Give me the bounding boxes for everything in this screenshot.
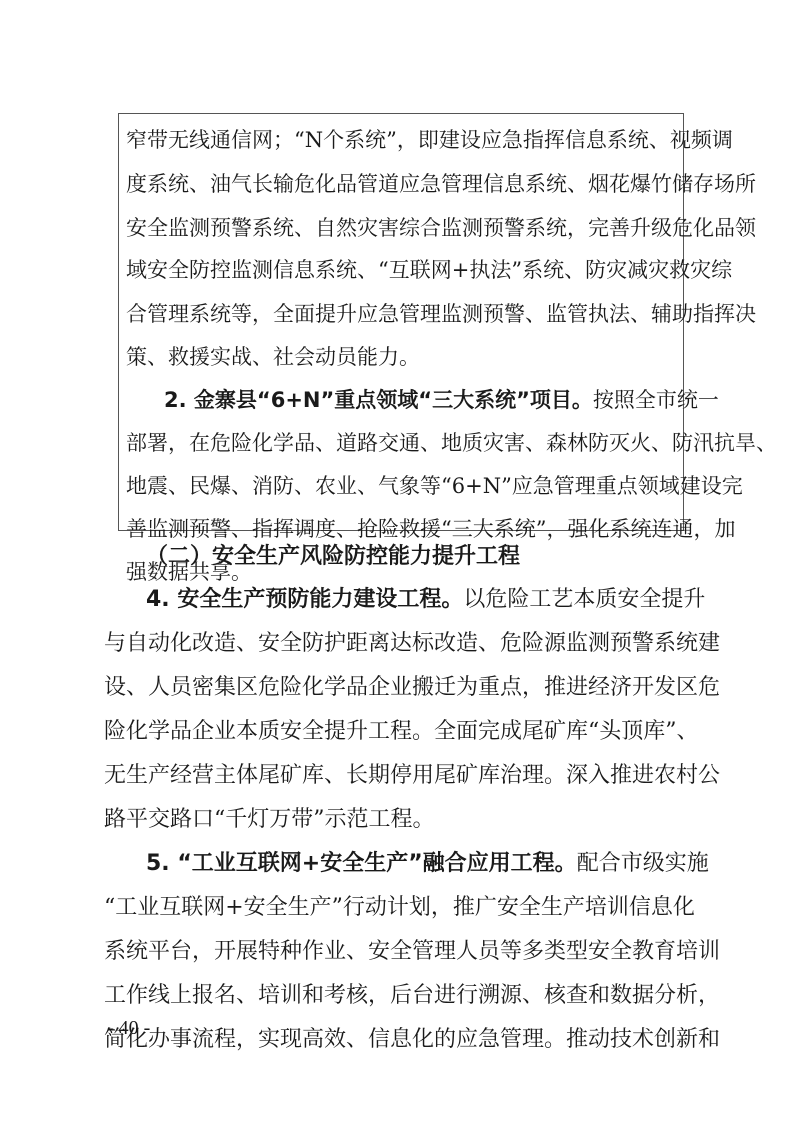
- item-5-title: 5. “工业互联网+安全生产”融合应用工程。: [146, 851, 577, 876]
- item-2-text: 按照全市统一: [593, 388, 719, 412]
- item-2-title: 2. 金寨县“6+N”重点领域“三大系统”项目。: [164, 388, 593, 412]
- box-line-5: 合管理系统等，全面提升应急管理监测预警、监管执法、辅助指挥决: [126, 302, 756, 326]
- item-4-line-4: 险化学品企业本质安全提升工程。全面完成尾矿库“头顶库”、: [104, 720, 699, 744]
- item-5-line-2: “工业互联网+安全生产”行动计划，推广安全生产培训信息化: [104, 896, 695, 920]
- section-heading: （二）安全生产风险防控能力提升工程: [146, 545, 520, 569]
- item-2-line-2: 部署，在危险化学品、道路交通、地质灾害、森林防灭火、防汛抗旱、: [126, 431, 777, 455]
- item-5-line-5: 简化办事流程，实现高效、信息化的应急管理。推动技术创新和: [104, 1028, 720, 1052]
- item-5-line-4: 工作线上报名、培训和考核，后台进行溯源、核查和数据分析，: [104, 984, 720, 1008]
- item-4-first-line: 4. 安全生产预防能力建设工程。以危险工艺本质安全提升: [146, 588, 705, 612]
- box-line-6: 策、救援实战、社会动员能力。: [126, 345, 420, 369]
- item-4-line-2: 与自动化改造、安全防护距离达标改造、危险源监测预警系统建: [104, 632, 720, 656]
- box-line-2: 度系统、油气长输危化品管道应急管理信息系统、烟花爆竹储存场所: [126, 172, 756, 196]
- item-4-line-3: 设、人员密集区危险化学品企业搬迁为重点，推进经济开发区危: [104, 676, 720, 700]
- page-number: - 40 -: [107, 1017, 150, 1040]
- item-4-line-5: 无生产经营主体尾矿库、长期停用尾矿库治理。深入推进农村公: [104, 764, 720, 788]
- item-4-line-6: 路平交路口“千灯万带”示范工程。: [104, 808, 435, 832]
- box-line-3: 安全监测预警系统、自然灾害综合监测预警系统，完善升级危化品领: [126, 216, 756, 240]
- item-4-title: 4. 安全生产预防能力建设工程。: [146, 587, 463, 612]
- item-4-text: 以危险工艺本质安全提升: [463, 587, 705, 612]
- item-5-text: 配合市级实施: [577, 851, 709, 876]
- box-line-1: 窄带无线通信网；“N个系统”，即建设应急指挥信息系统、视频调: [126, 128, 733, 152]
- box-line-4: 域安全防控监测信息系统、“互联网+执法”系统、防灾减灾救灾综: [126, 258, 732, 282]
- item-5-line-3: 系统平台，开展特种作业、安全管理人员等多类型安全教育培训: [104, 940, 720, 964]
- item-5-first-line: 5. “工业互联网+安全生产”融合应用工程。配合市级实施: [146, 852, 709, 876]
- item-2-line-4: 善监测预警、指挥调度、抢险救援“三大系统”，强化系统连通，加: [126, 517, 735, 541]
- item-2-first-line: 2. 金寨县“6+N”重点领域“三大系统”项目。按照全市统一: [164, 388, 719, 412]
- item-2-line-3: 地震、民爆、消防、农业、气象等“6+N”应急管理重点领域建设完: [126, 474, 743, 498]
